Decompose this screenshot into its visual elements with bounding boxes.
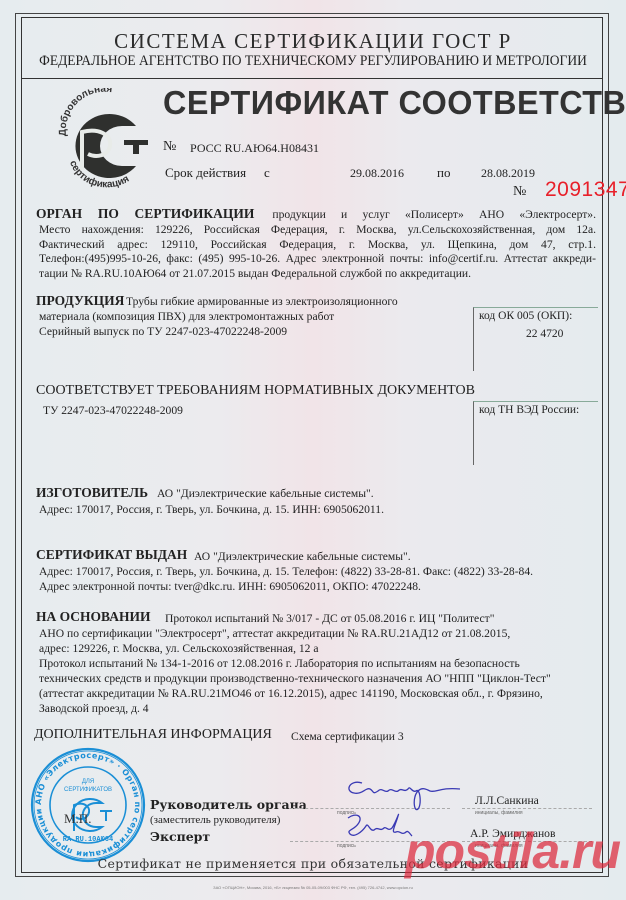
system-title: СИСТЕМА СЕРТИФИКАЦИИ ГОСТ Р: [0, 29, 626, 54]
issued-to-line-2: Адрес электронной почты: tver@dkc.ru. ИН…: [39, 580, 421, 595]
certificate-number-label: №: [163, 139, 176, 155]
basis-heading: НА ОСНОВАНИИ: [36, 609, 150, 625]
validity-to-date: 28.08.2019: [481, 166, 535, 181]
stamp-reg-number: RA.RU.10АЮ64: [63, 836, 113, 844]
validity-from-label: с: [264, 165, 270, 181]
head-of-body-label: Руководитель органа: [150, 797, 307, 812]
issued-to-name: АО "Диэлектрические кабельные системы".: [194, 550, 411, 565]
certification-body-line-2: Место нахождения: 129226, Российская Фед…: [36, 223, 596, 238]
conformity-document: ТУ 2247-023-47022248-2009: [43, 404, 183, 419]
basis-line-2: адрес: 129226, г. Москва, ул. Сельскохоз…: [39, 642, 319, 657]
certification-scheme: Схема сертификации 3: [291, 730, 404, 745]
validity-from-date: 29.08.2016: [350, 166, 404, 181]
agency-title: ФЕДЕРАЛЬНОЕ АГЕНТСТВО ПО ТЕХНИЧЕСКОМУ РЕ…: [22, 53, 604, 70]
product-line-2: материала (композиция ПВХ) для электромо…: [39, 310, 334, 325]
product-line-1: Трубы гибкие армированные из электроизол…: [126, 295, 398, 310]
certificate-title: СЕРТИФИКАТ СООТВЕТСТВИЯ: [163, 84, 626, 122]
okp-code-box: код ОК 005 (ОКП): 22 4720: [473, 307, 598, 371]
basis-line-3: Протокол испытаний № 134-1-2016 от 12.08…: [39, 657, 520, 672]
stamp-inner-mid: СЕРТИФИКАТОВ: [64, 787, 112, 793]
certification-body-line-5: тации № RA.RU.10АЮ64 от 21.07.2015 выдан…: [36, 267, 596, 282]
basis-line-4: технических средств и продукции производ…: [39, 672, 551, 687]
certification-body-line-4: Телефон:(495)995-10-26, факс: (495) 995-…: [36, 252, 596, 267]
manufacturer-name: АО "Диэлектрические кабельные системы".: [157, 487, 374, 502]
product-heading: ПРОДУКЦИЯ: [36, 293, 124, 309]
manufacturer-heading: ИЗГОТОВИТЕЛЬ: [36, 485, 148, 501]
form-number: 2091347: [545, 178, 626, 202]
okp-code-label: код ОК 005 (ОКП):: [479, 310, 572, 322]
issued-to-line-1: Адрес: 170017, Россия, г. Тверь, ул. Боч…: [39, 565, 533, 580]
certification-body-line-3: Фактический адрес: 129110, Российская Фе…: [36, 238, 596, 253]
product-line-3: Серийный выпуск по ТУ 2247-023-47022248-…: [39, 325, 287, 340]
form-number-label: №: [513, 184, 526, 200]
issued-to-heading: СЕРТИФИКАТ ВЫДАН: [36, 547, 187, 563]
basis-first-line: Протокол испытаний № 3/017 - ДС от 05.08…: [165, 612, 494, 627]
certification-body-heading: ОРГАН ПО СЕРТИФИКАЦИИ: [36, 206, 254, 221]
stamp-mp-label: М.П.: [64, 811, 91, 826]
tnved-code-label: код ТН ВЭД России:: [479, 404, 579, 416]
conformity-heading: СООТВЕТСТВУЕТ ТРЕБОВАНИЯМ НОРМАТИВНЫХ ДО…: [36, 383, 475, 399]
okp-code-value: 22 4720: [526, 328, 563, 340]
header-divider: [21, 78, 603, 79]
certification-body-line-1: продукции и услуг «Полисерт» АНО «Электр…: [272, 208, 596, 221]
head-name-caption: инициалы, фамилия: [475, 810, 523, 816]
certification-body-stamp-icon: АНО «Электросерт» · Орган по сертификаци…: [28, 745, 148, 865]
print-info: ЗАО «ОПЦИОН», Москва, 2016, «Б» лицензия…: [0, 885, 626, 890]
basis-line-5: (аттестат аккредитации № RA.RU.21МО46 от…: [39, 687, 543, 702]
manufacturer-address: Адрес: 170017, Россия, г. Тверь, ул. Боч…: [39, 503, 384, 518]
basis-line-1: АНО по сертификации "Электросерт", аттес…: [39, 627, 510, 642]
stamp-inner-top: ДЛЯ: [82, 779, 94, 785]
validity-to-label: по: [437, 165, 450, 181]
additional-info-heading: ДОПОЛНИТЕЛЬНАЯ ИНФОРМАЦИЯ: [34, 727, 272, 743]
validity-label: Срок действия: [165, 165, 246, 181]
certificate-number: РОСС RU.АЮ64.Н08431: [190, 141, 319, 156]
certification-body-section: ОРГАН ПО СЕРТИФИКАЦИИпродукции и услуг «…: [36, 207, 596, 282]
tnved-code-box: код ТН ВЭД России:: [473, 401, 598, 465]
head-of-body-sublabel: (заместитель руководителя): [150, 814, 280, 826]
expert-label: Эксперт: [150, 829, 210, 844]
basis-line-6: Заводской проезд, д. 4: [39, 702, 149, 717]
head-name: Л.Л.Санкина: [475, 794, 539, 809]
watermark: postila.ru: [405, 822, 620, 880]
gost-r-voluntary-certification-logo-icon: Добровольная сертификация: [48, 88, 158, 193]
